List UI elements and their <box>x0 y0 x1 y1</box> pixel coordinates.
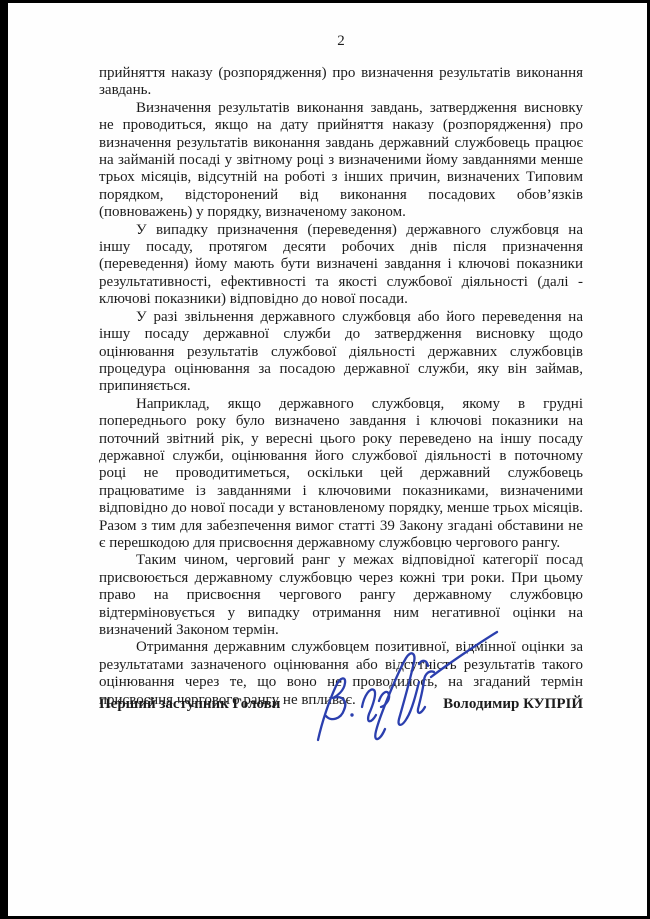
signature-dot <box>350 713 353 716</box>
body-text: прийняття наказу (розпорядження) про виз… <box>99 65 583 709</box>
body-paragraph: У випадку призначення (переведення) держ… <box>99 222 583 309</box>
document-page: 2 прийняття наказу (розпорядження) про в… <box>8 3 647 916</box>
body-paragraph: У разі звільнення державного службовця а… <box>99 309 583 396</box>
scanned-document: { "page": { "number": "2" }, "document":… <box>0 0 650 919</box>
signatory-name: Володимир КУПРІЙ <box>443 696 583 713</box>
body-paragraph: Таким чином, черговий ранг у межах відпо… <box>99 552 583 639</box>
signatory-position-title: Перший заступник Голови <box>99 696 280 713</box>
body-paragraph: прийняття наказу (розпорядження) про виз… <box>99 65 583 100</box>
body-paragraph: Наприклад, якщо державного службовця, як… <box>99 396 583 553</box>
body-paragraph: Визначення результатів виконання завдань… <box>99 100 583 222</box>
signature-block: Перший заступник Голови Володимир КУПРІЙ <box>99 696 583 713</box>
page-number: 2 <box>99 33 583 50</box>
